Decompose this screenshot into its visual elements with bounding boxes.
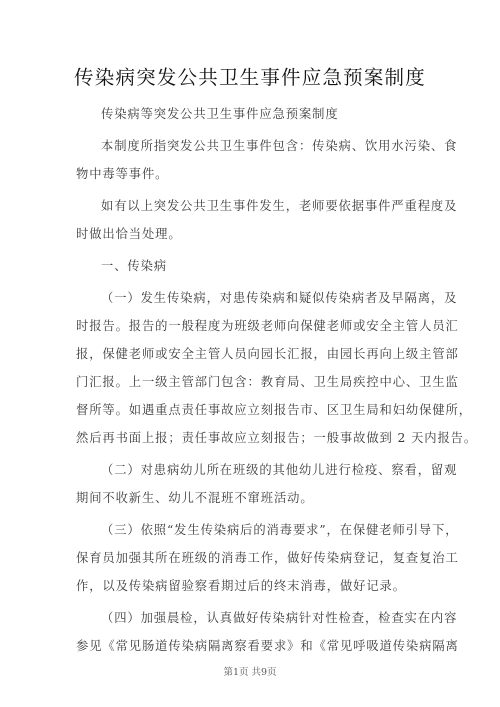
paragraph-line: （一）发生传染病，对患传染病和疑似传染病者及早隔离，及	[76, 284, 432, 312]
paragraph-line: 本制度所指突发公共卫生事件包含：传染病、饮用水污染、食	[76, 132, 432, 160]
paragraph-line: （四）加强晨检，认真做好传染病针对性检查，检查实在内容	[76, 604, 432, 632]
paragraph-line: （二）对患病幼儿所在班级的其他幼儿进行检疫、察看，留观	[76, 456, 432, 484]
paragraph-line: 然后再书面上报；责任事故应立刻报告；一般事故做到 2 天内报告。	[76, 424, 432, 452]
paragraph-line: （三）依照“发生传染病后的消毒要求”，在保健老师引导下，	[76, 516, 432, 544]
paragraph-line: 保育员加强其所在班级的消毒工作，做好传染病登记，复查复治工	[76, 544, 432, 572]
paragraph-line: 作，以及传染病留验察看期过后的终末消毒，做好记录。	[76, 572, 432, 600]
paragraph-line: 时做出恰当处理。	[76, 220, 432, 248]
paragraph-line: 参见《常见肠道传染病隔离察看要求》和《常见呼吸道传染病隔离	[76, 632, 432, 660]
paragraph-line: 报，保健老师或安全主管人员向园长汇报，由园长再向上级主管部	[76, 340, 432, 368]
section-heading: 一、传染病	[76, 252, 432, 280]
paragraph-line: 时报告。报告的一般程度为班级老师向保健老师或安全主管人员汇	[76, 312, 432, 340]
subtitle: 传染病等突发公共卫生事件应急预案制度	[76, 100, 432, 128]
paragraph-line: 门汇报。上一级主管部门包含：教育局、卫生局疾控中心、卫生监	[76, 368, 432, 396]
document-page: 传染病突发公共卫生事件应急预案制度 传染病等突发公共卫生事件应急预案制度 本制度…	[0, 0, 500, 707]
paragraph-line: 督所等。如遇重点责任事故应立刻报告市、区卫生局和妇幼保健所，	[76, 396, 432, 424]
document-body: 传染病等突发公共卫生事件应急预案制度 本制度所指突发公共卫生事件包含：传染病、饮…	[76, 100, 432, 660]
paragraph-line: 如有以上突发公共卫生事件发生，老师要依据事件严重程度及	[76, 192, 432, 220]
paragraph-line: 期间不收新生、幼儿不混班不窜班活动。	[76, 484, 432, 512]
paragraph-line: 物中毒等事件。	[76, 160, 432, 188]
page-number: 第1页 共9页	[0, 664, 500, 678]
document-title: 传染病突发公共卫生事件应急预案制度	[0, 62, 500, 90]
